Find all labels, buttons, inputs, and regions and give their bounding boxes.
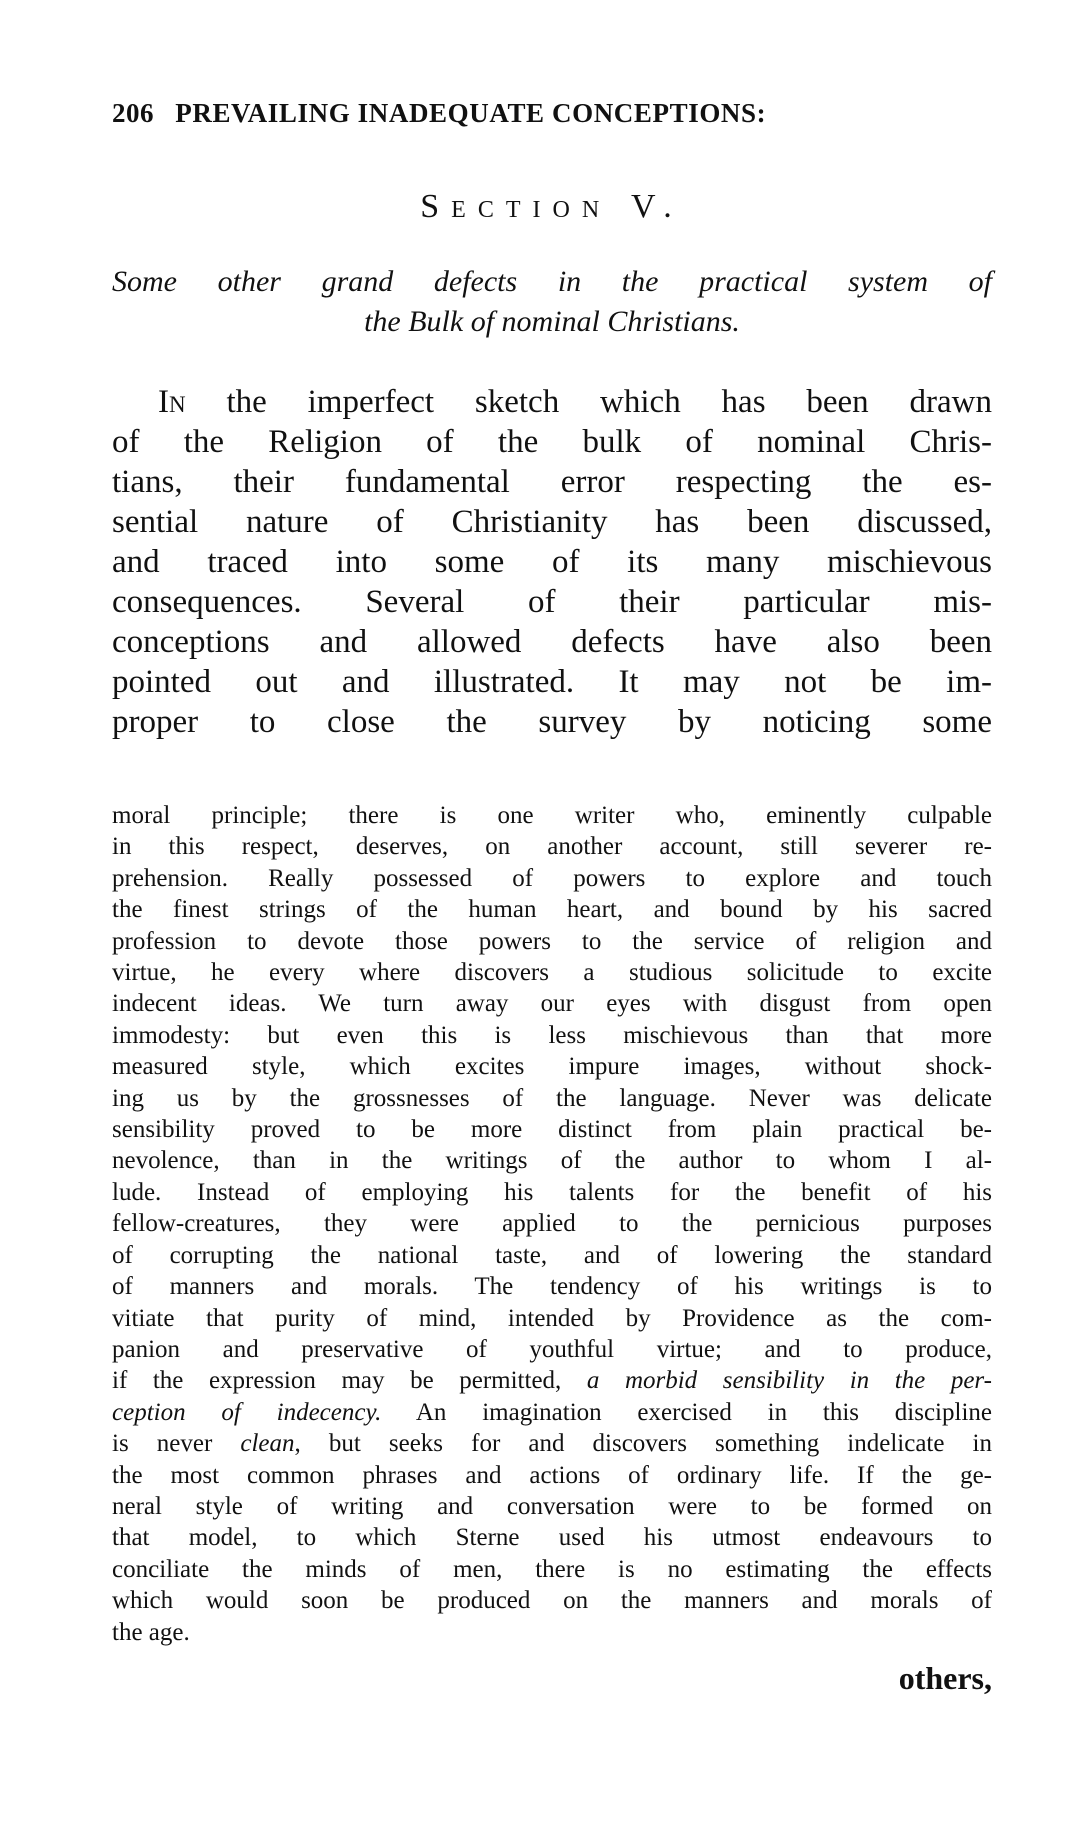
footnote-line: ing us by the grossnesses of the languag… (112, 1083, 992, 1114)
body-paragraph: In the imperfect sketch which has been d… (112, 382, 992, 742)
footnote-line: profession to devote those powers to the… (112, 926, 992, 957)
footnote-line: conciliate the minds of men, there is no… (112, 1554, 992, 1585)
footnote-line: sensibility proved to be more distinct f… (112, 1114, 992, 1145)
body-line: proper to close the survey by noticing s… (112, 702, 992, 742)
footnote-line: ception of indecency. An imagination exe… (112, 1397, 992, 1428)
body-line: conceptions and allowed defects have als… (112, 622, 992, 662)
footnote-line: panion and preservative of youthful virt… (112, 1334, 992, 1365)
body-line: pointed out and illustrated. It may not … (112, 662, 992, 702)
footnote-line: of corrupting the national taste, and of… (112, 1240, 992, 1271)
footnote-line: the most common phrases and actions of o… (112, 1460, 992, 1491)
book-page: 206 PREVAILING INADEQUATE CONCEPTIONS: S… (0, 0, 1088, 1824)
running-head: 206 PREVAILING INADEQUATE CONCEPTIONS: (112, 98, 992, 138)
footnote-line: vitiate that purity of mind, intended by… (112, 1303, 992, 1334)
subtitle-line: Some other grand defects in the practica… (112, 262, 992, 302)
footnote: moral principle; there is one writer who… (112, 800, 992, 1648)
running-title: PREVAILING INADEQUATE CONCEPTIONS: (175, 98, 766, 128)
catchword: others, (860, 1660, 992, 1697)
footnote-line: which would soon be produced on the mann… (112, 1585, 992, 1616)
opening-word: In (158, 384, 186, 420)
italic-quote: ception of indecency. (112, 1399, 381, 1426)
footnote-line: in this respect, deserves, on another ac… (112, 831, 992, 862)
footnote-line: prehension. Really possessed of powers t… (112, 863, 992, 894)
footnote-line: neral style of writing and conversation … (112, 1491, 992, 1522)
footnote-line: moral principle; there is one writer who… (112, 800, 992, 831)
subtitle-line: the Bulk of nominal Christians. (364, 305, 740, 338)
footnote-line: lude. Instead of employing his talents f… (112, 1177, 992, 1208)
body-line: tians, their fundamental error respectin… (112, 462, 992, 502)
footnote-line: the age. (112, 1617, 992, 1648)
footnote-line: the finest strings of the human heart, a… (112, 894, 992, 925)
body-line: and traced into some of its many mischie… (112, 542, 992, 582)
page-number: 206 (112, 98, 168, 129)
footnote-line: if the expression may be permitted, a mo… (112, 1365, 992, 1396)
body-line: sential nature of Christianity has been … (112, 502, 992, 542)
footnote-line: measured style, which excites impure ima… (112, 1051, 992, 1082)
footnote-line: indecent ideas. We turn away our eyes wi… (112, 988, 992, 1019)
body-line: In the imperfect sketch which has been d… (112, 382, 992, 422)
body-line: of the Religion of the bulk of nominal C… (112, 422, 992, 462)
footnote-line: fellow-creatures, they were applied to t… (112, 1208, 992, 1239)
footnote-line: that model, to which Sterne used his utm… (112, 1522, 992, 1553)
footnote-line: virtue, he every where discovers a studi… (112, 957, 992, 988)
section-heading: Section V. (112, 188, 992, 226)
italic-word: clean (240, 1430, 294, 1457)
footnote-line: is never clean, but seeks for and discov… (112, 1428, 992, 1459)
footnote-line: nevolence, than in the writings of the a… (112, 1145, 992, 1176)
body-line: consequences. Several of their particula… (112, 582, 992, 622)
section-subtitle: Some other grand defects in the practica… (112, 262, 992, 342)
footnote-line: immodesty: but even this is less mischie… (112, 1020, 992, 1051)
italic-quote: a morbid sensibility in the per- (587, 1367, 992, 1394)
footnote-line: of manners and morals. The tendency of h… (112, 1271, 992, 1302)
